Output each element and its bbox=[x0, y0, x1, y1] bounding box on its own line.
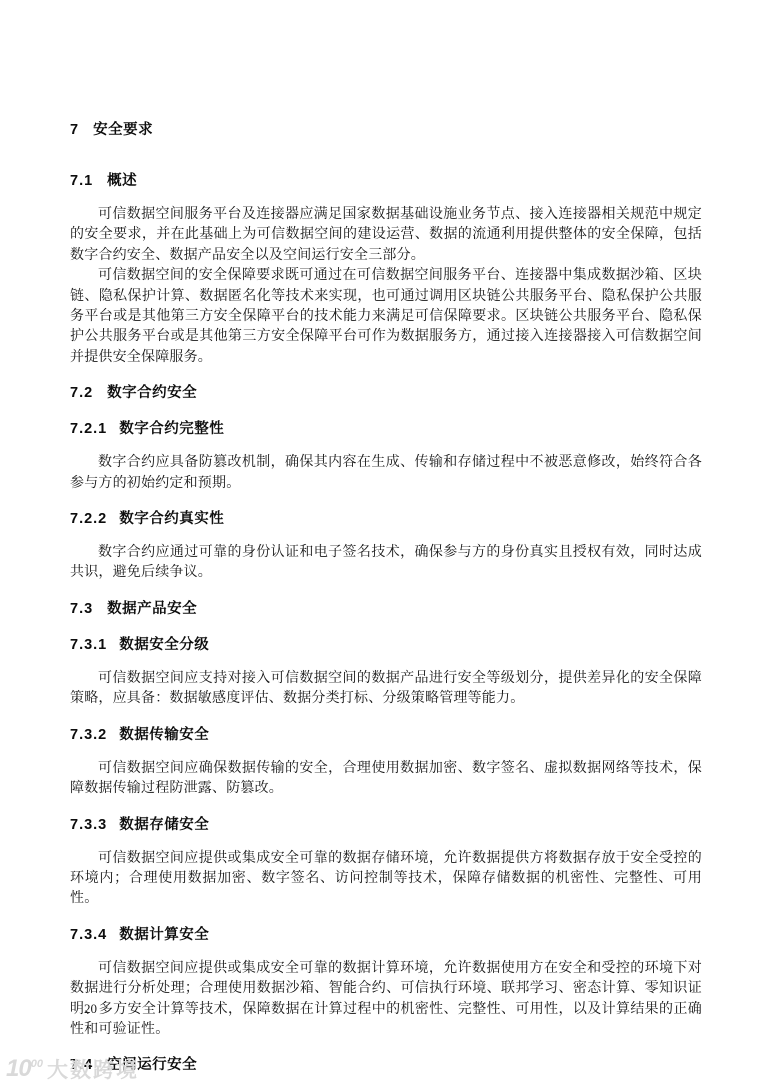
paragraph: 可信数据空间的安全保障要求既可通过在可信数据空间服务平台、连接器中集成数据沙箱、… bbox=[70, 266, 702, 368]
heading-number: 7.2 bbox=[70, 383, 93, 404]
document-content: 7安全要求7.1概述可信数据空间服务平台及连接器应满足国家数据基础设施业务节点、… bbox=[70, 120, 702, 1089]
paragraph: 可信数据空间应支持对接入可信数据空间的数据产品进行安全等级划分，提供差异化的安全… bbox=[70, 669, 702, 710]
heading-7.2.2: 7.2.2数字合约真实性 bbox=[70, 509, 702, 530]
document-page: 7安全要求7.1概述可信数据空间服务平台及连接器应满足国家数据基础设施业务节点、… bbox=[0, 0, 771, 1090]
heading-title: 数字合约真实性 bbox=[119, 511, 224, 527]
heading-title: 数字合约安全 bbox=[107, 385, 197, 401]
heading-title: 安全要求 bbox=[93, 122, 153, 138]
heading-number: 7.2.2 bbox=[70, 509, 107, 530]
heading-title: 概述 bbox=[107, 173, 137, 189]
heading-title: 数字合约完整性 bbox=[119, 421, 224, 437]
heading-7.2.1: 7.2.1数字合约完整性 bbox=[70, 419, 702, 440]
heading-number: 7.1 bbox=[70, 171, 93, 192]
paragraph: 数字合约应具备防篡改机制，确保其内容在生成、传输和存储过程中不被恶意修改，始终符… bbox=[70, 453, 702, 494]
heading-7.2: 7.2数字合约安全 bbox=[70, 383, 702, 404]
heading-7.3.4: 7.3.4数据计算安全 bbox=[70, 925, 702, 946]
watermark-label: 大数跨境 bbox=[47, 1054, 139, 1084]
page-number: 20 bbox=[84, 1001, 97, 1017]
heading-number: 7.3.1 bbox=[70, 635, 107, 656]
heading-7.4: 7.4空间运行安全 bbox=[70, 1055, 702, 1076]
watermark: 1000 大数跨境 bbox=[6, 1054, 139, 1084]
paragraph: 可信数据空间应确保数据传输的安全，合理使用数据加密、数字签名、虚拟数据网络等技术… bbox=[70, 759, 702, 800]
heading-number: 7 bbox=[70, 120, 79, 141]
heading-7.3.2: 7.3.2数据传输安全 bbox=[70, 725, 702, 746]
paragraph: 可信数据空间应提供或集成安全可靠的数据存储环境，允许数据提供方将数据存放于安全受… bbox=[70, 849, 702, 910]
watermark-logo-icon: 1000 bbox=[6, 1055, 43, 1083]
paragraph: 可信数据空间应提供或集成安全可靠的数据计算环境，允许数据使用方在安全和受控的环境… bbox=[70, 959, 702, 1041]
heading-number: 7.2.1 bbox=[70, 419, 107, 440]
heading-title: 数据存储安全 bbox=[119, 817, 209, 833]
heading-number: 7.3.3 bbox=[70, 815, 107, 836]
heading-7.1: 7.1概述 bbox=[70, 171, 702, 192]
paragraph: 数字合约应通过可靠的身份认证和电子签名技术，确保参与方的身份真实且授权有效，同时… bbox=[70, 543, 702, 584]
heading-7: 7安全要求 bbox=[70, 120, 702, 141]
heading-title: 数据产品安全 bbox=[107, 601, 197, 617]
heading-7.3.1: 7.3.1数据安全分级 bbox=[70, 635, 702, 656]
heading-title: 数据传输安全 bbox=[119, 727, 209, 743]
heading-title: 数据计算安全 bbox=[119, 927, 209, 943]
heading-7.3: 7.3数据产品安全 bbox=[70, 599, 702, 620]
heading-title: 数据安全分级 bbox=[119, 637, 209, 653]
paragraph: 可信数据空间服务平台及连接器应满足国家数据基础设施业务节点、接入连接器相关规范中… bbox=[70, 205, 702, 266]
heading-number: 7.3.4 bbox=[70, 925, 107, 946]
heading-number: 7.3.2 bbox=[70, 725, 107, 746]
heading-number: 7.3 bbox=[70, 599, 93, 620]
heading-7.3.3: 7.3.3数据存储安全 bbox=[70, 815, 702, 836]
